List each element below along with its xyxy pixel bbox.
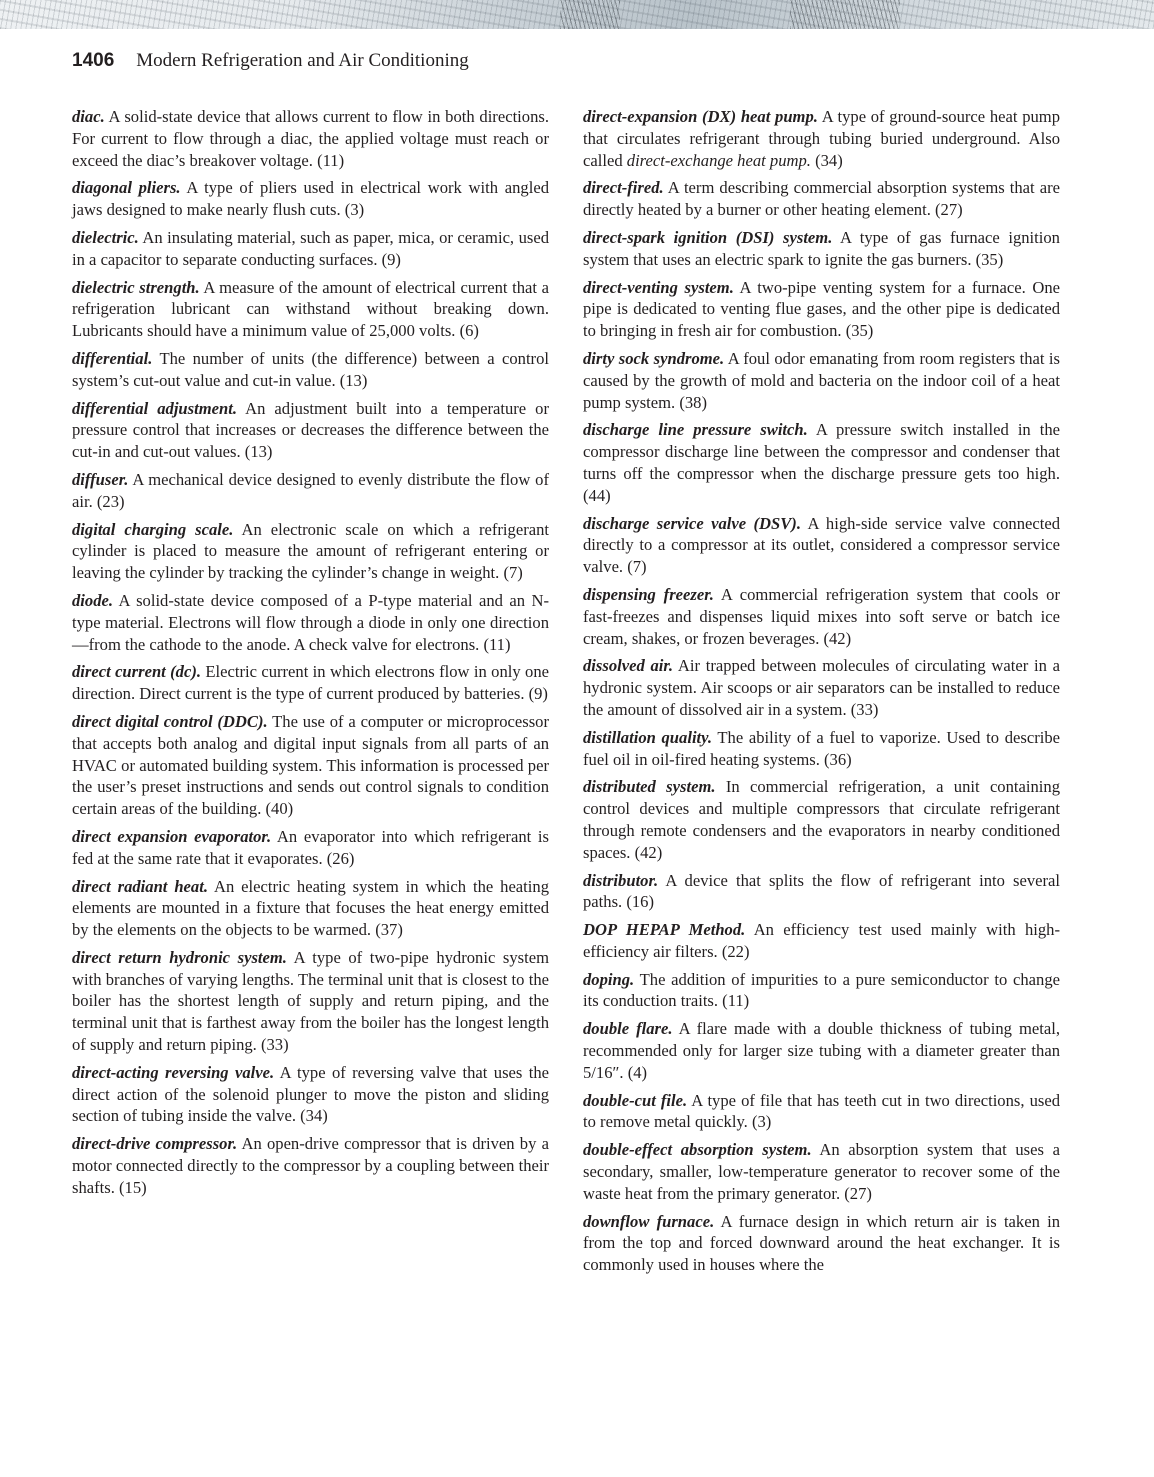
glossary-entry: direct-expansion (DX) heat pump. A type … [583, 106, 1060, 171]
glossary-term: double flare. [583, 1019, 673, 1038]
glossary-term: double-cut file. [583, 1091, 687, 1110]
glossary-entry: diac. A solid-state device that allows c… [72, 106, 549, 171]
glossary-term: diagonal pliers. [72, 178, 181, 197]
glossary-term: diffuser. [72, 470, 128, 489]
glossary-entry: direct-fired. A term describing commerci… [583, 177, 1060, 221]
glossary-entry: distillation quality. The ability of a f… [583, 727, 1060, 771]
glossary-entry: DOP HEPAP Method. An efficiency test use… [583, 919, 1060, 963]
glossary-term: dirty sock syndrome. [583, 349, 724, 368]
glossary-entry: direct-acting reversing valve. A type of… [72, 1062, 549, 1127]
glossary-entry: dielectric. An insulating material, such… [72, 227, 549, 271]
glossary-term: direct expansion evaporator. [72, 827, 271, 846]
glossary-entry: distributor. A device that splits the fl… [583, 870, 1060, 914]
glossary-term: dispensing freezer. [583, 585, 714, 604]
glossary-entry: direct-spark ignition (DSI) system. A ty… [583, 227, 1060, 271]
glossary-term: direct return hydronic system. [72, 948, 287, 967]
glossary-term: dissolved air. [583, 656, 673, 675]
glossary-entry: direct return hydronic system. A type of… [72, 947, 549, 1056]
glossary-term: discharge line pressure switch. [583, 420, 808, 439]
glossary-column-right: direct-expansion (DX) heat pump. A type … [583, 106, 1060, 1282]
glossary-term: differential adjustment. [72, 399, 237, 418]
glossary-entry: double-cut file. A type of file that has… [583, 1090, 1060, 1134]
glossary-entry: double flare. A flare made with a double… [583, 1018, 1060, 1083]
glossary-entry: discharge service valve (DSV). A high-si… [583, 513, 1060, 578]
glossary-entry: doping. The addition of impurities to a … [583, 969, 1060, 1013]
glossary-alt-term: direct-exchange heat pump. [627, 151, 811, 170]
glossary-term: double-effect absorption system. [583, 1140, 812, 1159]
glossary-term: distributed system. [583, 777, 716, 796]
glossary-term: dielectric strength. [72, 278, 200, 297]
glossary-entry: diffuser. A mechanical device designed t… [72, 469, 549, 513]
glossary-entry: differential. The number of units (the d… [72, 348, 549, 392]
book-title: Modern Refrigeration and Air Conditionin… [136, 50, 468, 72]
glossary-term: direct-expansion (DX) heat pump. [583, 107, 818, 126]
glossary-term: direct-drive compressor. [72, 1134, 237, 1153]
glossary-entry: direct-drive compressor. An open-drive c… [72, 1133, 549, 1198]
glossary-term: direct radiant heat. [72, 877, 208, 896]
banner-texture [790, 0, 900, 29]
glossary-term: direct-fired. [583, 178, 664, 197]
glossary-term: direct-acting reversing valve. [72, 1063, 274, 1082]
glossary-entry: direct digital control (DDC). The use of… [72, 711, 549, 820]
glossary-term: DOP HEPAP Method. [583, 920, 745, 939]
glossary-entry: diode. A solid-state device composed of … [72, 590, 549, 655]
glossary-definition: A solid-state device that allows current… [72, 107, 549, 170]
banner-texture [560, 0, 620, 29]
glossary-entry: dispensing freezer. A commercial refrige… [583, 584, 1060, 649]
glossary-entry: direct radiant heat. An electric heating… [72, 876, 549, 941]
glossary-term: downflow furnace. [583, 1212, 714, 1231]
glossary-term: direct current (dc). [72, 662, 201, 681]
glossary-term: digital charging scale. [72, 520, 233, 539]
glossary-term: direct-venting system. [583, 278, 734, 297]
glossary-term: dielectric. [72, 228, 139, 247]
glossary-chapter-ref: (34) [811, 151, 843, 170]
glossary-term: doping. [583, 970, 634, 989]
glossary-entry: direct-venting system. A two-pipe ventin… [583, 277, 1060, 342]
glossary-term: distillation quality. [583, 728, 712, 747]
glossary-definition: An insulating material, such as paper, m… [72, 228, 549, 269]
glossary-entry: direct current (dc). Electric current in… [72, 661, 549, 705]
glossary-entry: dissolved air. Air trapped between molec… [583, 655, 1060, 720]
glossary-entry: discharge line pressure switch. A pressu… [583, 419, 1060, 506]
glossary-term: direct digital control (DDC). [72, 712, 268, 731]
glossary-entry: diagonal pliers. A type of pliers used i… [72, 177, 549, 221]
glossary-entry: double-effect absorption system. An abso… [583, 1139, 1060, 1204]
glossary-entry: direct expansion evaporator. An evaporat… [72, 826, 549, 870]
glossary-term: direct-spark ignition (DSI) system. [583, 228, 832, 247]
glossary-term: diode. [72, 591, 113, 610]
page-number: 1406 [72, 50, 114, 72]
glossary-entry: distributed system. In commercial refrig… [583, 776, 1060, 863]
glossary-entry: dirty sock syndrome. A foul odor emanati… [583, 348, 1060, 413]
glossary-term: diac. [72, 107, 105, 126]
glossary-entry: downflow furnace. A furnace design in wh… [583, 1211, 1060, 1276]
glossary-column-left: diac. A solid-state device that allows c… [72, 106, 549, 1205]
glossary-term: differential. [72, 349, 152, 368]
decorative-header-banner [0, 0, 1154, 29]
glossary-entry: dielectric strength. A measure of the am… [72, 277, 549, 342]
glossary-entry: digital charging scale. An electronic sc… [72, 519, 549, 584]
glossary-term: discharge service valve (DSV). [583, 514, 801, 533]
glossary-entry: differential adjustment. An adjustment b… [72, 398, 549, 463]
running-head: 1406 Modern Refrigeration and Air Condit… [72, 50, 469, 76]
glossary-definition: A mechanical device designed to evenly d… [72, 470, 549, 511]
glossary-term: distributor. [583, 871, 658, 890]
glossary-definition: The addition of impurities to a pure sem… [583, 970, 1060, 1011]
glossary-definition: A solid-state device composed of a P-typ… [72, 591, 549, 654]
